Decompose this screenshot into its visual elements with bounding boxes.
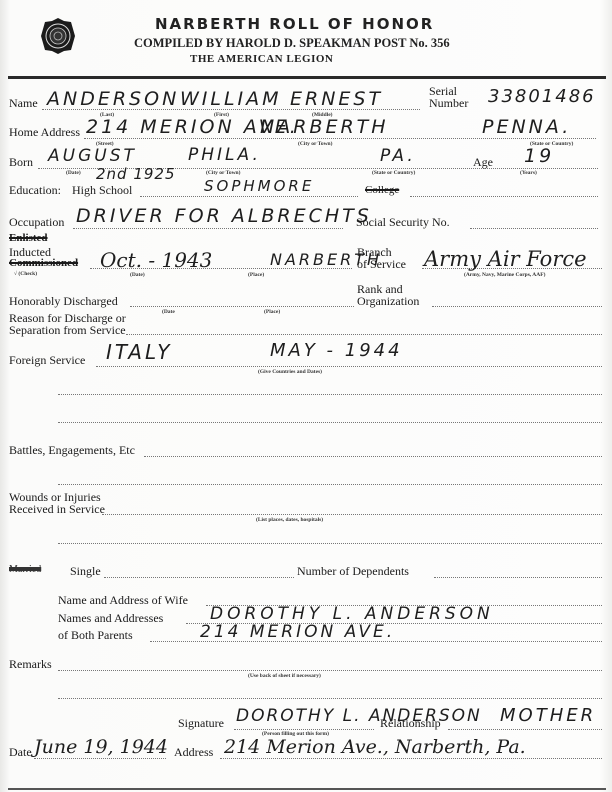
form-subtitle: COMPILED BY HAROLD D. SPEAKMAN POST No. … — [134, 36, 450, 51]
hint-discharge-place: (Place) — [264, 309, 280, 315]
roll-of-honor-form: NARBERTH ROLL OF HONOR COMPILED BY HAROL… — [0, 0, 612, 792]
hint-born-city: (City or Town) — [206, 170, 240, 176]
parents-address-value[interactable]: 214 MERION AVE. — [200, 622, 395, 642]
branch-of-service-label: Branch of Service — [357, 246, 406, 270]
honorably-discharged-label: Honorably Discharged — [9, 294, 118, 309]
battles-line[interactable] — [144, 456, 602, 457]
foreign-service-extra-line-1[interactable] — [58, 394, 602, 395]
signature-value[interactable]: DOROTHY L. ANDERSON — [236, 706, 482, 726]
serial-number-value[interactable]: 33801486 — [488, 86, 596, 107]
high-school-line — [140, 196, 358, 197]
hint-service-place: (Place) — [248, 272, 264, 278]
hint-born-state: (State or Country) — [372, 170, 415, 176]
wounds-extra-line[interactable] — [58, 543, 602, 544]
organization-name: THE AMERICAN LEGION — [190, 53, 333, 65]
signature-label: Signature — [178, 716, 224, 731]
college-label: College — [365, 184, 399, 196]
date-line — [34, 758, 166, 759]
remarks-label: Remarks — [9, 657, 52, 672]
service-entry-date-value[interactable]: Oct. - 1943 — [100, 248, 212, 272]
born-date-value[interactable]: AUGUST — [48, 146, 137, 166]
foreign-service-label: Foreign Service — [9, 353, 85, 368]
battles-extra-line[interactable] — [58, 484, 602, 485]
occupation-value[interactable]: DRIVER FOR ALBRECHTS — [76, 205, 372, 227]
rank-organization-label: Rank and Organization — [357, 283, 419, 307]
foreign-service-country-value[interactable]: ITALY — [106, 340, 172, 364]
hint-age: (Years) — [520, 170, 537, 176]
remarks-extra-line[interactable] — [58, 698, 602, 699]
branch-of-service-value[interactable]: Army Air Force — [424, 247, 587, 271]
born-city-value[interactable]: PHILA. — [188, 145, 261, 165]
hint-check: √ (Check) — [14, 271, 37, 277]
social-security-label: Social Security No. — [356, 215, 450, 230]
discharge-line[interactable] — [130, 306, 354, 307]
hint-service-date: (Date) — [130, 272, 145, 278]
address-value[interactable]: 214 Merion Ave., Narberth, Pa. — [224, 736, 526, 758]
reason-line[interactable] — [126, 334, 602, 335]
education-label: Education: — [9, 183, 61, 198]
parents-label-line2: of Both Parents — [58, 628, 133, 643]
occupation-line — [73, 228, 343, 229]
wife-label: Name and Address of Wife — [58, 593, 188, 608]
remarks-line[interactable] — [58, 670, 602, 671]
wounds-line[interactable] — [102, 514, 602, 515]
option-married[interactable]: Married — [9, 564, 41, 575]
rank-line[interactable] — [432, 306, 602, 307]
wounds-injuries-label: Wounds or Injuries Received in Service — [9, 491, 105, 515]
hint-wounds: (List places, dates, hospitals) — [256, 517, 323, 523]
hint-remarks: (Use back of sheet if necessary) — [248, 673, 321, 679]
address-line — [220, 758, 602, 759]
marital-line — [104, 577, 294, 578]
born-date-day-value[interactable]: 2nd 1925 — [96, 165, 176, 183]
american-legion-emblem-icon — [40, 17, 76, 55]
number-of-dependents-label: Number of Dependents — [297, 564, 409, 579]
high-school-value[interactable]: SOPHMORE — [204, 177, 314, 195]
age-value[interactable]: 19 — [524, 145, 554, 167]
name-label: Name — [9, 96, 38, 111]
foreign-service-date-value[interactable]: MAY - 1944 — [270, 340, 403, 361]
college-line — [410, 196, 598, 197]
name-middle-value[interactable]: ERNEST — [290, 88, 383, 110]
option-single[interactable]: Single — [70, 564, 101, 579]
header-divider — [8, 76, 606, 79]
high-school-label: High School — [72, 183, 132, 198]
date-value[interactable]: June 19, 1944 — [34, 736, 168, 758]
address-label: Address — [174, 745, 213, 760]
born-state-value[interactable]: PA. — [380, 146, 416, 166]
name-first-value[interactable]: WILLIAM — [180, 88, 282, 110]
signature-line — [234, 729, 374, 730]
relationship-line — [448, 729, 602, 730]
footer-divider — [8, 788, 606, 790]
home-address-label: Home Address — [9, 125, 80, 140]
social-security-line[interactable] — [470, 228, 598, 229]
reason-discharge-label: Reason for Discharge or Separation from … — [9, 312, 126, 336]
form-title: NARBERTH ROLL OF HONOR — [155, 15, 434, 33]
occupation-label: Occupation — [9, 215, 64, 230]
dependents-line[interactable] — [434, 577, 602, 578]
option-commissioned[interactable]: Commissioned — [9, 257, 78, 269]
home-address-line — [84, 138, 596, 139]
date-label: Date — [9, 745, 32, 760]
hint-discharge-date: (Date — [162, 309, 175, 315]
relationship-label: Relationship — [380, 716, 441, 731]
hint-born-date: (Date) — [66, 170, 81, 176]
serial-number-label: Serial Number — [429, 85, 468, 109]
battles-label: Battles, Engagements, Etc — [9, 443, 135, 458]
relationship-value[interactable]: MOTHER — [500, 705, 596, 726]
foreign-service-line — [96, 366, 602, 367]
parents-name-value[interactable]: DOROTHY L. ANDERSON — [210, 604, 494, 624]
parents-label-line1: Names and Addresses — [58, 611, 163, 626]
name-last-value[interactable]: ANDERSON — [47, 88, 179, 110]
home-city-value[interactable]: NARBERTH — [260, 116, 389, 138]
born-label: Born — [9, 155, 33, 170]
hint-branch: (Army, Navy, Marine Corps, AAF) — [464, 272, 545, 278]
hint-foreign-service: (Give Countries and Dates) — [258, 369, 322, 375]
home-state-value[interactable]: PENNA. — [482, 116, 571, 138]
foreign-service-extra-line-2[interactable] — [58, 422, 602, 423]
age-label: Age — [473, 155, 493, 170]
option-enlisted[interactable]: Enlisted — [9, 232, 48, 244]
hint-city: (City or Town) — [298, 141, 332, 147]
